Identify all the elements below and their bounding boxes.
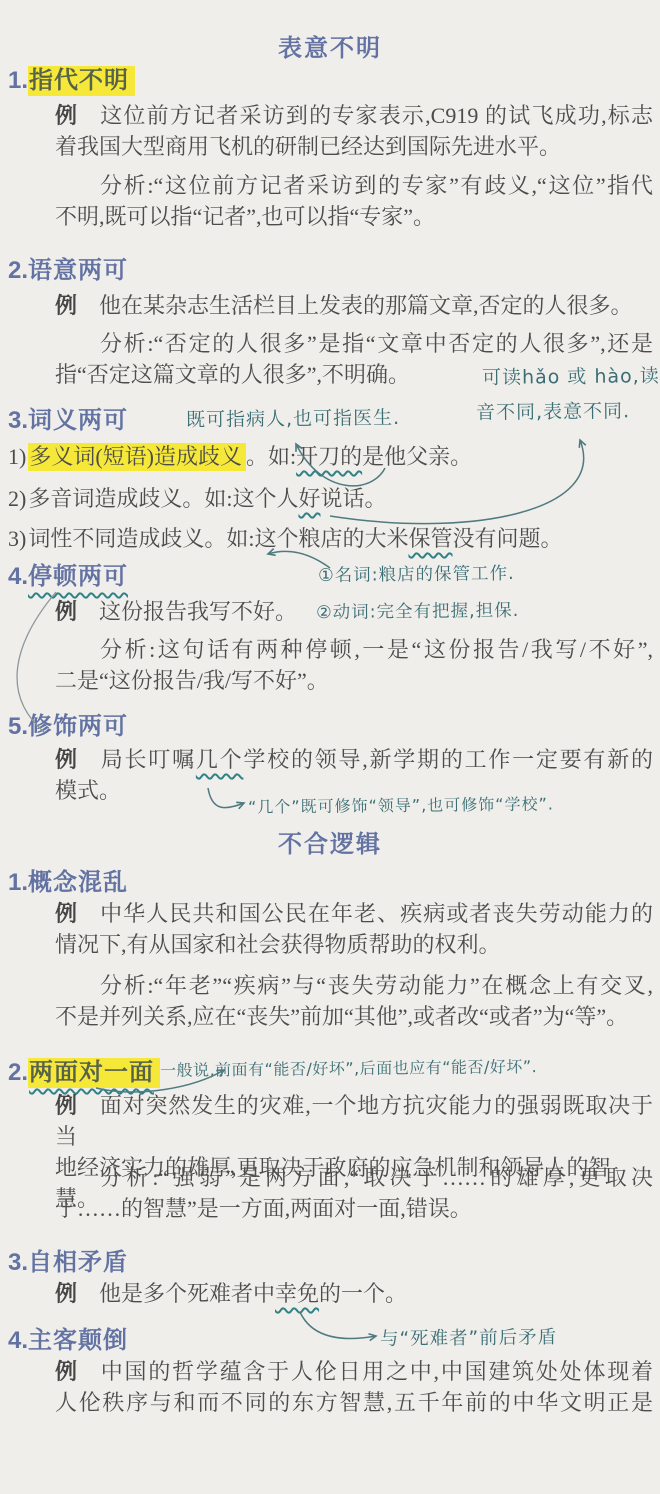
example-label: 例 [55,747,79,772]
example-paragraph-2: 例他在某杂志生活栏目上发表的那篇文章,否定的人很多。 [55,290,653,321]
example-paragraph-9: 例中国的哲学蕴含于人伦日用之中,中国建筑处处体现着 人伦秩序与和而不同的东方智慧… [55,1356,653,1418]
arrow-xingmian-to-note [300,1312,376,1338]
heading-text-highlighted: 指代不明 [28,66,135,96]
heading-zixiang-maodun: 3.自相矛盾 [8,1242,128,1277]
analysis-text: 不明,既可以指“记者”,也可以指“专家”。 [55,201,653,232]
analysis-paragraph-7: 分析:“强弱”是两方面,“取决于……的雄厚,更取决 于……的智慧”是一方面,两面… [55,1162,653,1224]
handwritten-note-jige: “几个”既可修饰“领导”,也可修饰“学校”. [248,791,554,817]
analysis-paragraph-4: 分析:这句话有两种停顿,一是“这份报告/我写/不好”, 二是“这份报告/我/写不… [55,634,653,696]
example-label: 例 [55,1359,79,1384]
example-text: 面对突然发生的灾难,一个地方抗灾能力的强弱既取决于当 [55,1093,653,1149]
heading-liangmian-yimian: 2.两面对一面 [8,1052,160,1087]
example-text: 着我国大型商用飞机的研制已经达到国际先进水平。 [55,131,653,162]
wavy-underlined-word: 幸免 [275,1281,319,1306]
heading-text-wavy: 停顿两可 [28,563,128,590]
highlighted-phrase: 多义词(短语)造成歧义 [28,443,246,471]
example-label: 例 [55,1093,78,1118]
heading-text: 词义两可 [28,407,128,434]
heading-text: 自相矛盾 [28,1249,128,1276]
example-text: 中国的哲学蕴含于人伦日用之中,中国建筑处处体现着 [101,1359,653,1384]
heading-text: 概念混乱 [28,869,128,896]
example-paragraph-1: 例这位前方记者采访到的专家表示,C919 的试飞成功,标志 着我国大型商用飞机的… [55,100,653,162]
handwritten-note-hao-pinyin-line2: 音不同,表意不同. [476,396,630,425]
analysis-paragraph-1: 分析:“这位前方记者采访到的专家”有歧义,“这位”指代 不明,既可以指“记者”,… [55,170,653,232]
analysis-paragraph-6: 分析:“年老”“疾病”与“丧失劳动能力”在概念上有交叉, 不是并列关系,应在“丧… [55,970,653,1032]
handwritten-note-dongci: ②动词:完全有把握,担保. [316,597,519,624]
example-text: 这位前方记者采访到的专家表示,C919 的试飞成功,标志 [100,103,653,128]
handwritten-note-sinan: 与“死难者”前后矛盾 [380,1323,557,1351]
analysis-text: 分析:“这位前方记者采访到的专家”有歧义,“这位”指代 [55,170,653,201]
handwritten-note-hao-pinyin-line1: 可读hǎo 或 hào,读 [482,361,660,390]
wavy-underlined-word: 好 [298,486,320,511]
wavy-underlined-word: 保管 [408,526,452,551]
heading-tingdun-liangke: 4.停顿两可 [8,556,128,591]
analysis-text: 分析:“年老”“疾病”与“丧失劳动能力”在概念上有交叉, [55,970,653,1001]
example-text: 这份报告我写不好。 [99,599,297,624]
example-text: 他在某杂志生活栏目上发表的那篇文章,否定的人很多。 [99,293,633,318]
analysis-text: 分析:这句话有两种停顿,一是“这份报告/我写/不好”, [55,634,653,665]
heading-xiushi-liangke: 5.修饰两可 [8,706,128,741]
section-title-biaoyi-buming: 表意不明 [0,28,660,63]
section-title-buhe-luoji: 不合逻辑 [0,824,660,859]
handwritten-note-yiban: 一般说,前面有“能否/好坏”,后面也应有“能否/好坏”. [160,1054,537,1081]
example-text: 人伦秩序与和而不同的东方智慧,五千年前的中华文明正是 [55,1387,653,1418]
analysis-text: 分析:“强弱”是两方面,“取决于……的雄厚,更取决 [55,1162,653,1193]
heading-text: 修饰两可 [28,713,128,740]
heading-zhidai-buming: 1.指代不明 [8,60,135,95]
heading-ciyi-liangke: 3.词义两可 [8,400,128,435]
heading-gainian-hunluan: 1.概念混乱 [8,862,128,897]
heading-text: 主客颠倒 [28,1327,128,1354]
heading-text: 语意两可 [28,257,128,284]
heading-yuyi-liangke: 2.语意两可 [8,250,128,285]
example-label: 例 [55,599,77,624]
analysis-text: 于……的智慧”是一方面,两面对一面,错误。 [55,1193,653,1224]
analysis-text: 不是并列关系,应在“丧失”前加“其他”,或者改“或者”为“等”。 [55,1001,653,1032]
analysis-text: 二是“这份报告/我/写不好”。 [55,665,653,696]
analysis-text: 分析:“否定的人很多”是指“文章中否定的人很多”,还是 [55,328,653,359]
wavy-underlined-word: 几个 [196,747,244,772]
example-paragraph-8: 例他是多个死难者中幸免的一个。 [55,1278,653,1309]
example-label: 例 [55,901,78,926]
study-notes-page: 表意不明 1.指代不明 例这位前方记者采访到的专家表示,C919 的试飞成功,标… [0,0,660,1494]
example-label: 例 [55,1281,77,1306]
sub-item-3-cixing: 3)词性不同造成歧义。如:这个粮店的大米保管没有问题。 [8,524,656,554]
example-paragraph-6: 例中华人民共和国公民在年老、疾病或者丧失劳动能力的 情况下,有从国家和社会获得物… [55,898,653,960]
handwritten-note-mingci: ①名词:粮店的保管工作. [318,560,515,587]
example-label: 例 [55,103,78,128]
wavy-underlined-word: 开刀的 [296,444,362,469]
example-text: 中华人民共和国公民在年老、疾病或者丧失劳动能力的 [100,901,653,926]
heading-number: 1. [8,67,28,94]
sub-item-2-duoyinci: 2)多音词造成歧义。如:这个人好说话。 [8,484,656,514]
heading-text-highlighted-wavy: 两面对一面 [28,1058,160,1088]
heading-zhuke-diandao: 4.主客颠倒 [8,1320,128,1355]
sub-item-1-duoyici: 1)多义词(短语)造成歧义。如:开刀的是他父亲。 [8,442,656,472]
handwritten-note-bingren: 既可指病人,也可指医生. [186,403,400,432]
example-text: 情况下,有从国家和社会获得物质帮助的权利。 [55,929,653,960]
example-label: 例 [55,293,77,318]
